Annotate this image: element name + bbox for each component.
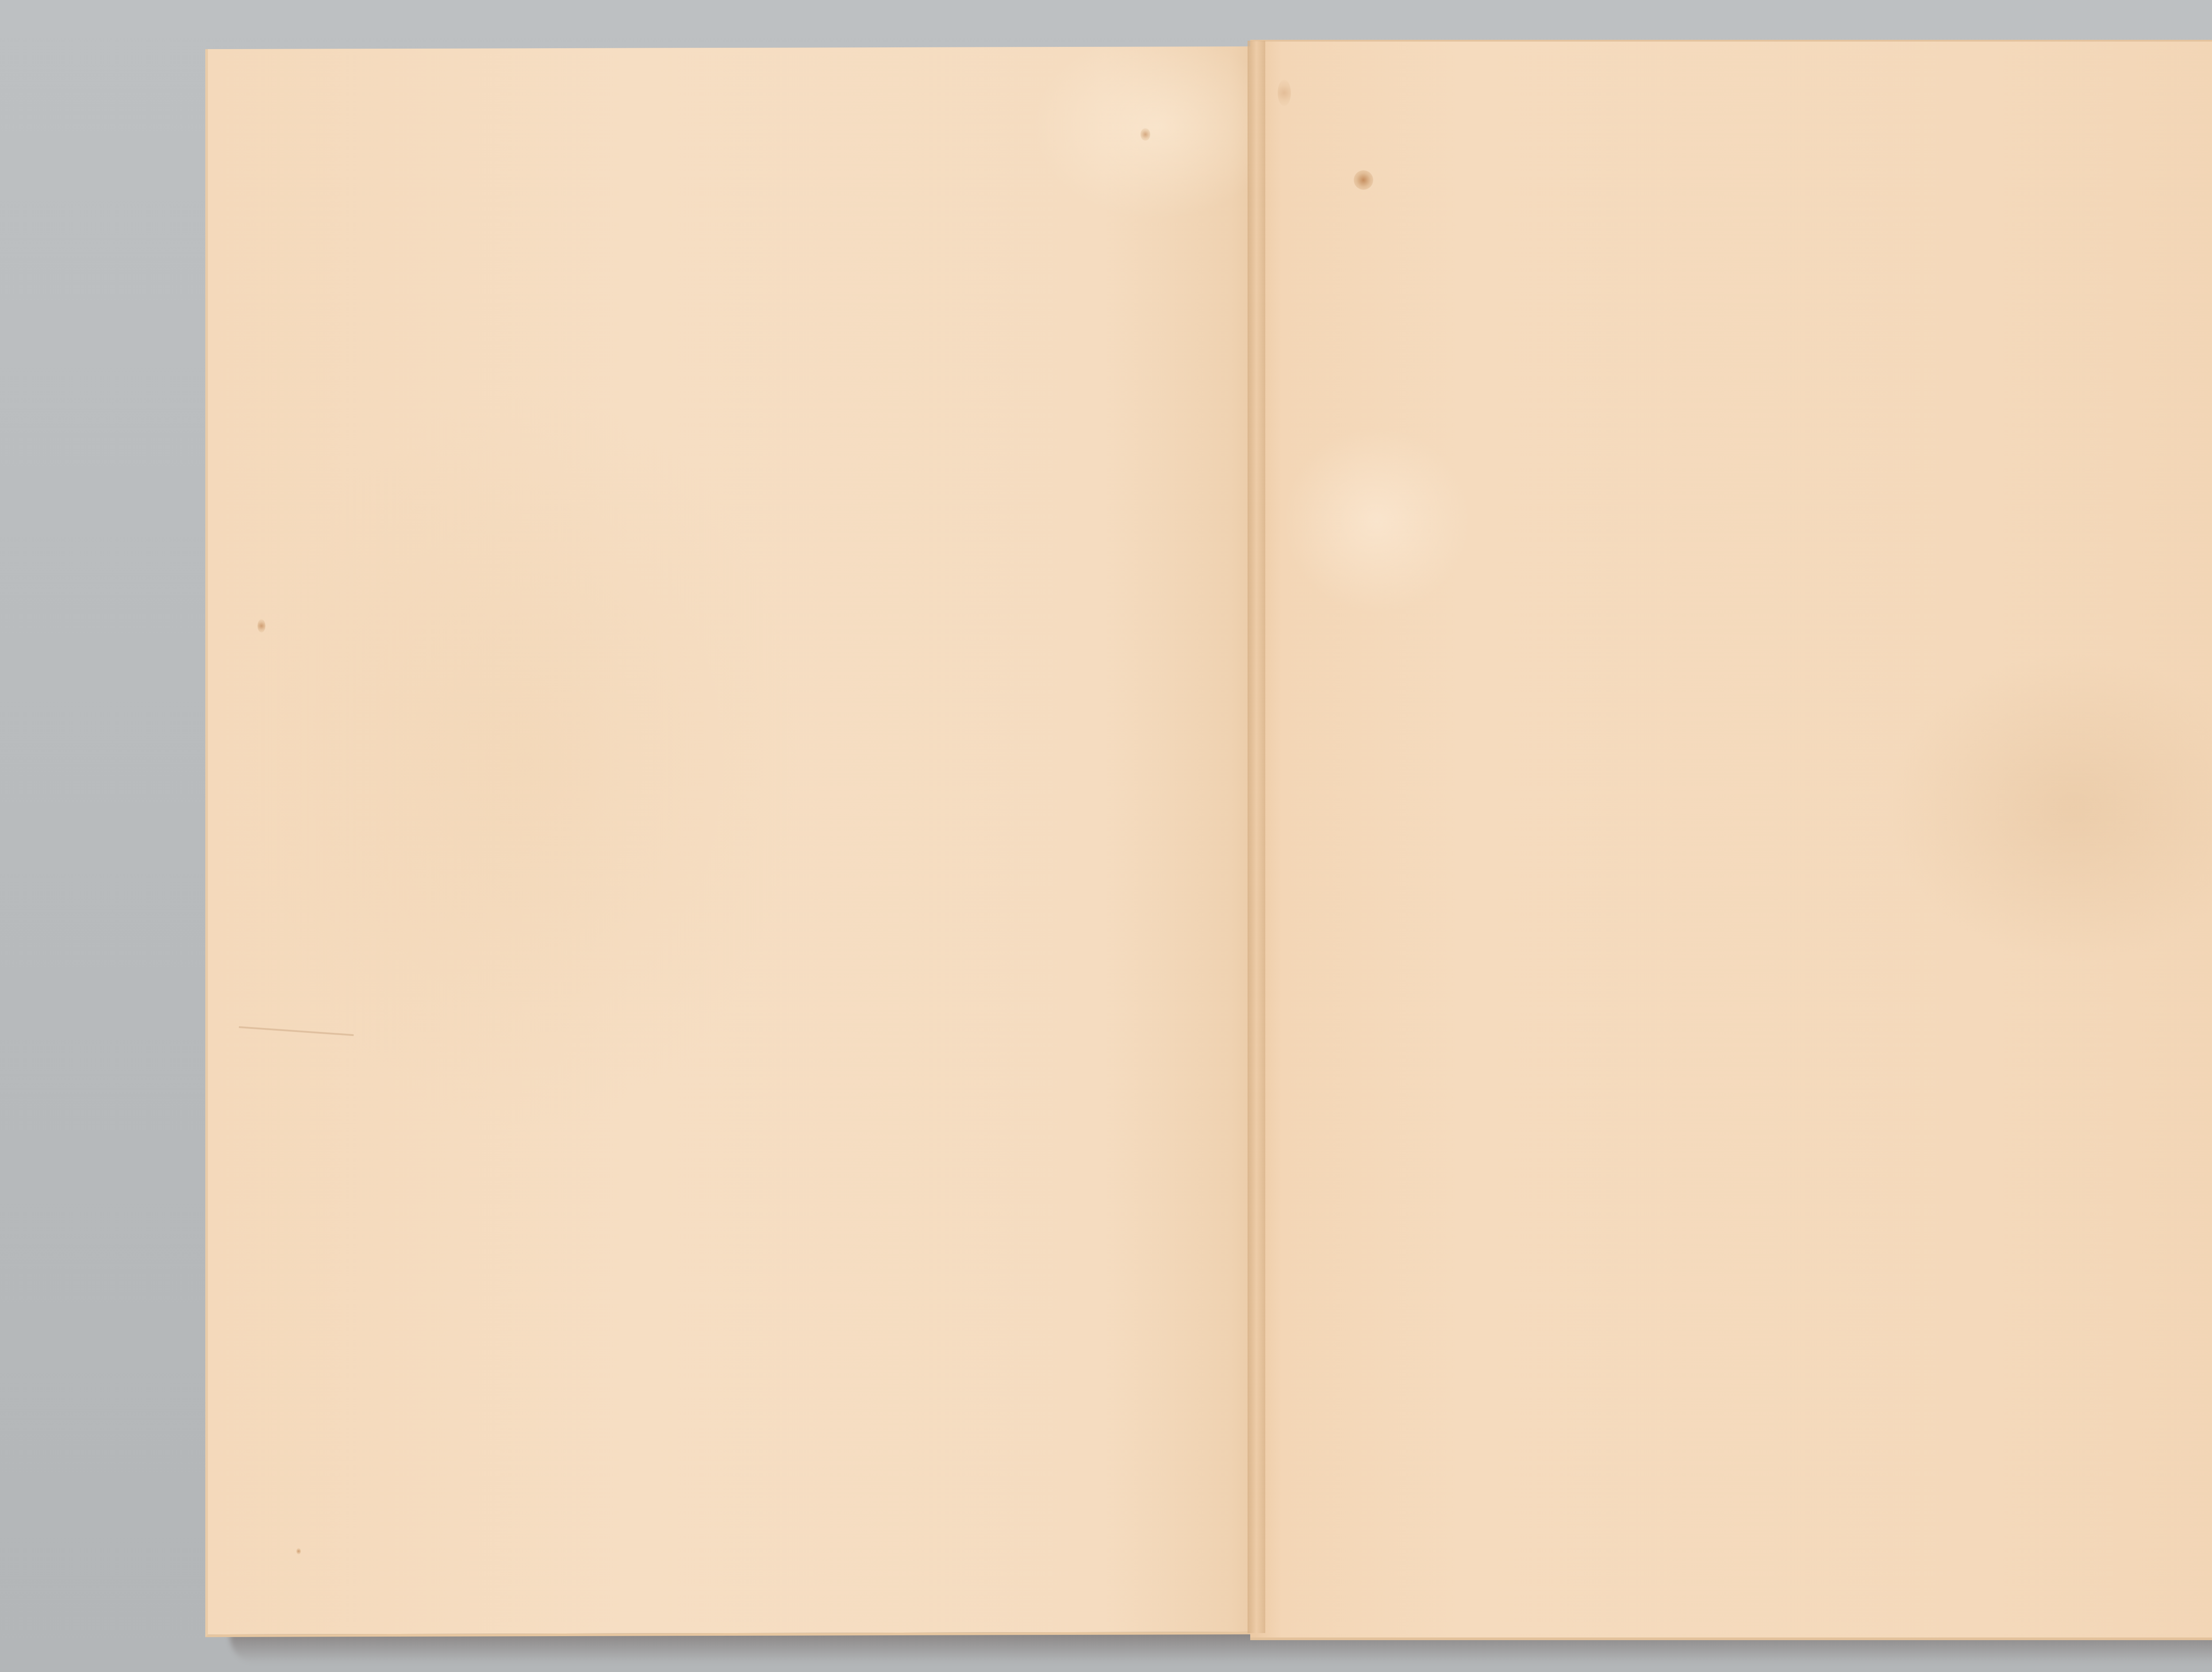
- photo-scene: [0, 0, 2212, 1672]
- foxing-spot: [1278, 80, 1291, 106]
- foxing-spot: [1354, 170, 1373, 190]
- foxing-spot: [1141, 128, 1150, 141]
- foxing-spot: [296, 1548, 301, 1554]
- foxing-spot: [257, 619, 265, 633]
- left-page: [205, 46, 1263, 1637]
- right-page: [1250, 40, 2212, 1640]
- book-spine-gutter: [1248, 41, 1265, 1633]
